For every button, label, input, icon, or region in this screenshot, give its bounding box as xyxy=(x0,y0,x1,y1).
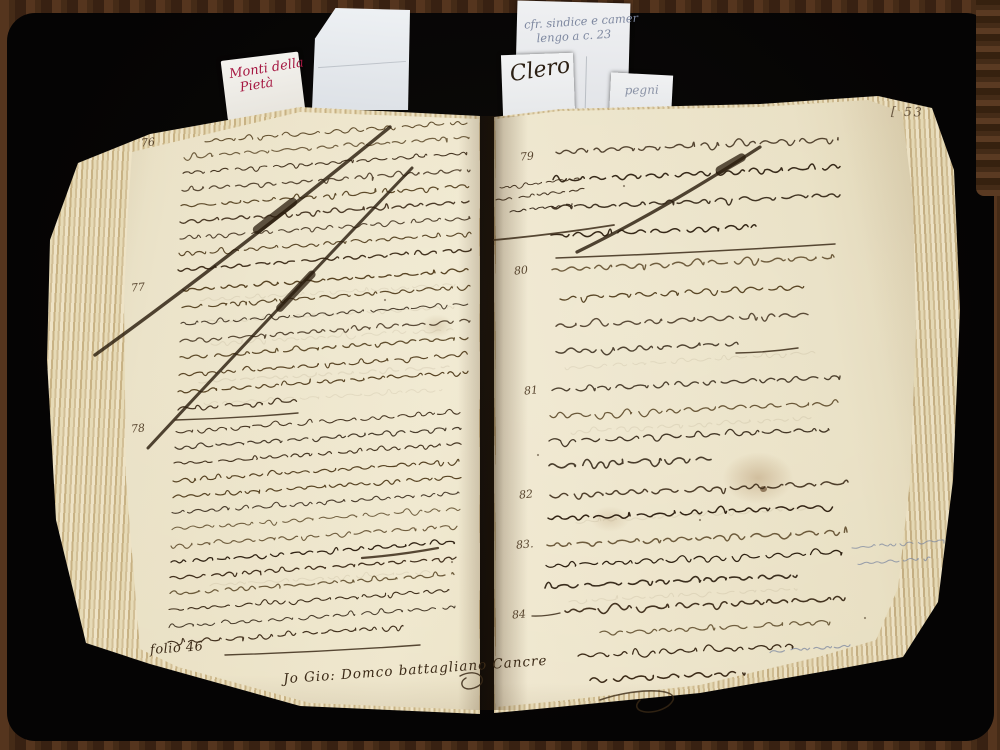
photo-open-manuscript-book: Monti della Pietà cfr. sindice e camer l… xyxy=(0,0,1000,750)
tab-pegni-label: pegni xyxy=(610,73,672,97)
folio-number: [ 53 xyxy=(891,103,924,119)
right-margin-number-81: 81 xyxy=(523,383,538,397)
foxing-stain xyxy=(722,452,794,504)
right-margin-number-80: 80 xyxy=(513,263,528,277)
foxing-stain xyxy=(590,506,630,532)
ink-spot xyxy=(760,486,767,492)
right-margin-number-79: 79 xyxy=(519,149,534,163)
left-margin-number-76: 76 xyxy=(140,135,155,149)
paper-crease xyxy=(585,56,587,112)
bookmark-blank-paper xyxy=(312,8,410,110)
right-margin-number-82: 82 xyxy=(518,487,533,501)
right-margin-number-84: 84 xyxy=(511,607,526,621)
left-margin-number-78: 78 xyxy=(130,421,145,435)
paper-crease xyxy=(318,61,406,68)
tab-clero-label: Clero xyxy=(500,49,576,89)
right-margin-number-83: 83. xyxy=(515,537,534,551)
foxing-stain xyxy=(420,314,454,338)
wood-table-edge xyxy=(976,0,1000,196)
bookmark-tab-clero: Clero xyxy=(501,53,575,117)
left-margin-number-77: 77 xyxy=(130,280,145,294)
